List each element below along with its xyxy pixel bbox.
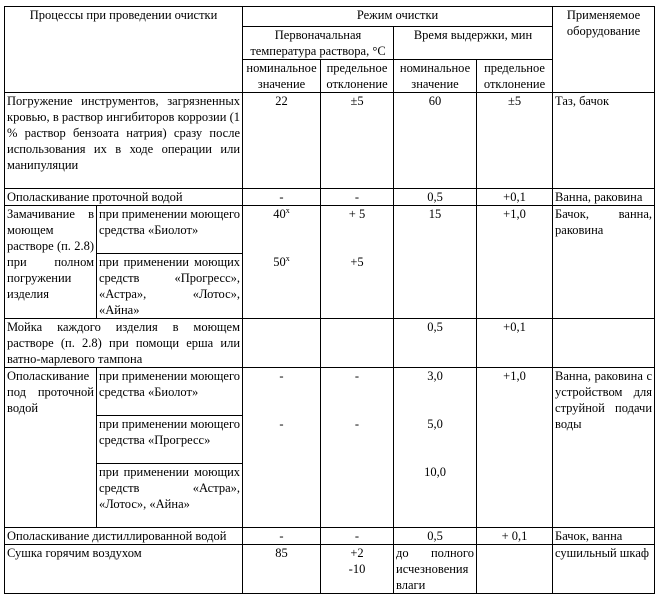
cleaning-modes-table: Процессы при проведении очистки Режим оч… [4, 6, 655, 584]
temp-deviation: +2 -10 [321, 545, 394, 585]
time-nominal: 3,0 [394, 368, 477, 416]
process-cell: Замачивание в моющем растворе (п. 2.8) п… [5, 206, 97, 319]
footnote-mark: х [286, 253, 290, 262]
sub-process-cell: при применении моющих средств «Прогресс»… [97, 254, 243, 319]
time-nominal: 5,0 [394, 416, 477, 464]
temp-nominal: - [243, 528, 321, 545]
time-deviation: +0,1 [477, 189, 553, 206]
header-temp-nominal: номинальное значение [243, 60, 321, 93]
time-nominal: 10,0 [394, 464, 477, 528]
temp-value: 50 [273, 255, 286, 269]
temp-deviation: - [321, 528, 394, 545]
time-deviation [477, 545, 553, 585]
equipment-cell: Ванна, раковина [553, 189, 655, 206]
temp-nominal: 85 [243, 545, 321, 585]
header-equipment: Применяемое оборудование [553, 7, 655, 93]
header-processes: Процессы при проведении очистки [5, 7, 243, 93]
process-cell: Мойка каждого изделия в моющем растворе … [5, 319, 243, 368]
temp-nominal: - [243, 368, 321, 416]
temp-deviation: - [321, 189, 394, 206]
header-time-deviation: предельное отклонение [477, 60, 553, 93]
equipment-cell: Бачок, ванна, раковина [553, 206, 655, 319]
table-row: Ополаскивание дистиллированной водой - -… [5, 528, 655, 545]
sub-process-cell: при применении моющего средства «Биолот» [97, 368, 243, 416]
table-row: Погружение инструментов, загрязненных кр… [5, 93, 655, 189]
footnote-mark: х [286, 206, 290, 215]
time-deviation: + 0,1 [477, 528, 553, 545]
equipment-cell: Таз, бачок [553, 93, 655, 189]
table-row: Ополаскивание под проточной водой при пр… [5, 368, 655, 416]
process-cell: Ополаскивание дистиллированной водой [5, 528, 243, 545]
temp-nominal: - [243, 416, 321, 464]
temp-deviation: + 5 [321, 206, 394, 254]
header-time-nominal: номинальное значение [394, 60, 477, 93]
temp-nominal: - [243, 189, 321, 206]
process-cell: Ополаскивание под проточной водой [5, 368, 97, 528]
time-deviation: ±5 [477, 93, 553, 189]
equipment-cell: Ванна, раковина с устройством для струйн… [553, 368, 655, 528]
table-row: Мойка каждого изделия в моющем растворе … [5, 319, 655, 368]
table-row: Ополаскивание проточной водой - - 0,5 +0… [5, 189, 655, 206]
temp-nominal: 50х [243, 254, 321, 319]
equipment-cell [553, 319, 655, 368]
process-cell: Погружение инструментов, загрязненных кр… [5, 93, 243, 189]
table-row: Замачивание в моющем растворе (п. 2.8) п… [5, 206, 655, 254]
equipment-cell: сушильный шкаф [553, 545, 655, 585]
temp-value: 40 [273, 207, 286, 221]
header-mode: Режим очистки [243, 7, 553, 27]
time-nominal: 0,5 [394, 319, 477, 368]
sub-process-cell: при применении моющих средств «Астра», «… [97, 464, 243, 528]
temp-nominal: 40х [243, 206, 321, 254]
sub-process-cell: при применении моющего средства «Биолот» [97, 206, 243, 254]
temp-nominal [243, 319, 321, 368]
temp-deviation: +5 [321, 254, 394, 319]
time-deviation: +0,1 [477, 319, 553, 368]
time-nominal: 60 [394, 93, 477, 189]
process-cell: Сушка горячим воздухом [5, 545, 243, 585]
time-nominal: 0,5 [394, 189, 477, 206]
header-initial-temp: Первоначальная температура раствора, °С [243, 27, 394, 60]
temp-deviation [321, 319, 394, 368]
time-nominal: 0,5 [394, 528, 477, 545]
temp-deviation: ±5 [321, 93, 394, 189]
table-row: Сушка горячим воздухом 85 +2 -10 до полн… [5, 545, 655, 585]
time-nominal: до полного исчезновения влаги [394, 545, 477, 585]
sub-process-cell: при применении моющего средства «Прогрес… [97, 416, 243, 464]
temp-deviation: - [321, 416, 394, 464]
time-deviation: +1,0 [477, 368, 553, 528]
temp-deviation [321, 464, 394, 528]
process-cell: Ополаскивание проточной водой [5, 189, 243, 206]
temp-nominal [243, 464, 321, 528]
time-nominal: 15 [394, 206, 477, 319]
equipment-cell: Бачок, ванна [553, 528, 655, 545]
temp-nominal: 22 [243, 93, 321, 189]
time-deviation: +1,0 [477, 206, 553, 319]
temp-deviation: - [321, 368, 394, 416]
header-temp-deviation: предельное отклонение [321, 60, 394, 93]
header-hold-time: Время выдержки, мин [394, 27, 553, 60]
